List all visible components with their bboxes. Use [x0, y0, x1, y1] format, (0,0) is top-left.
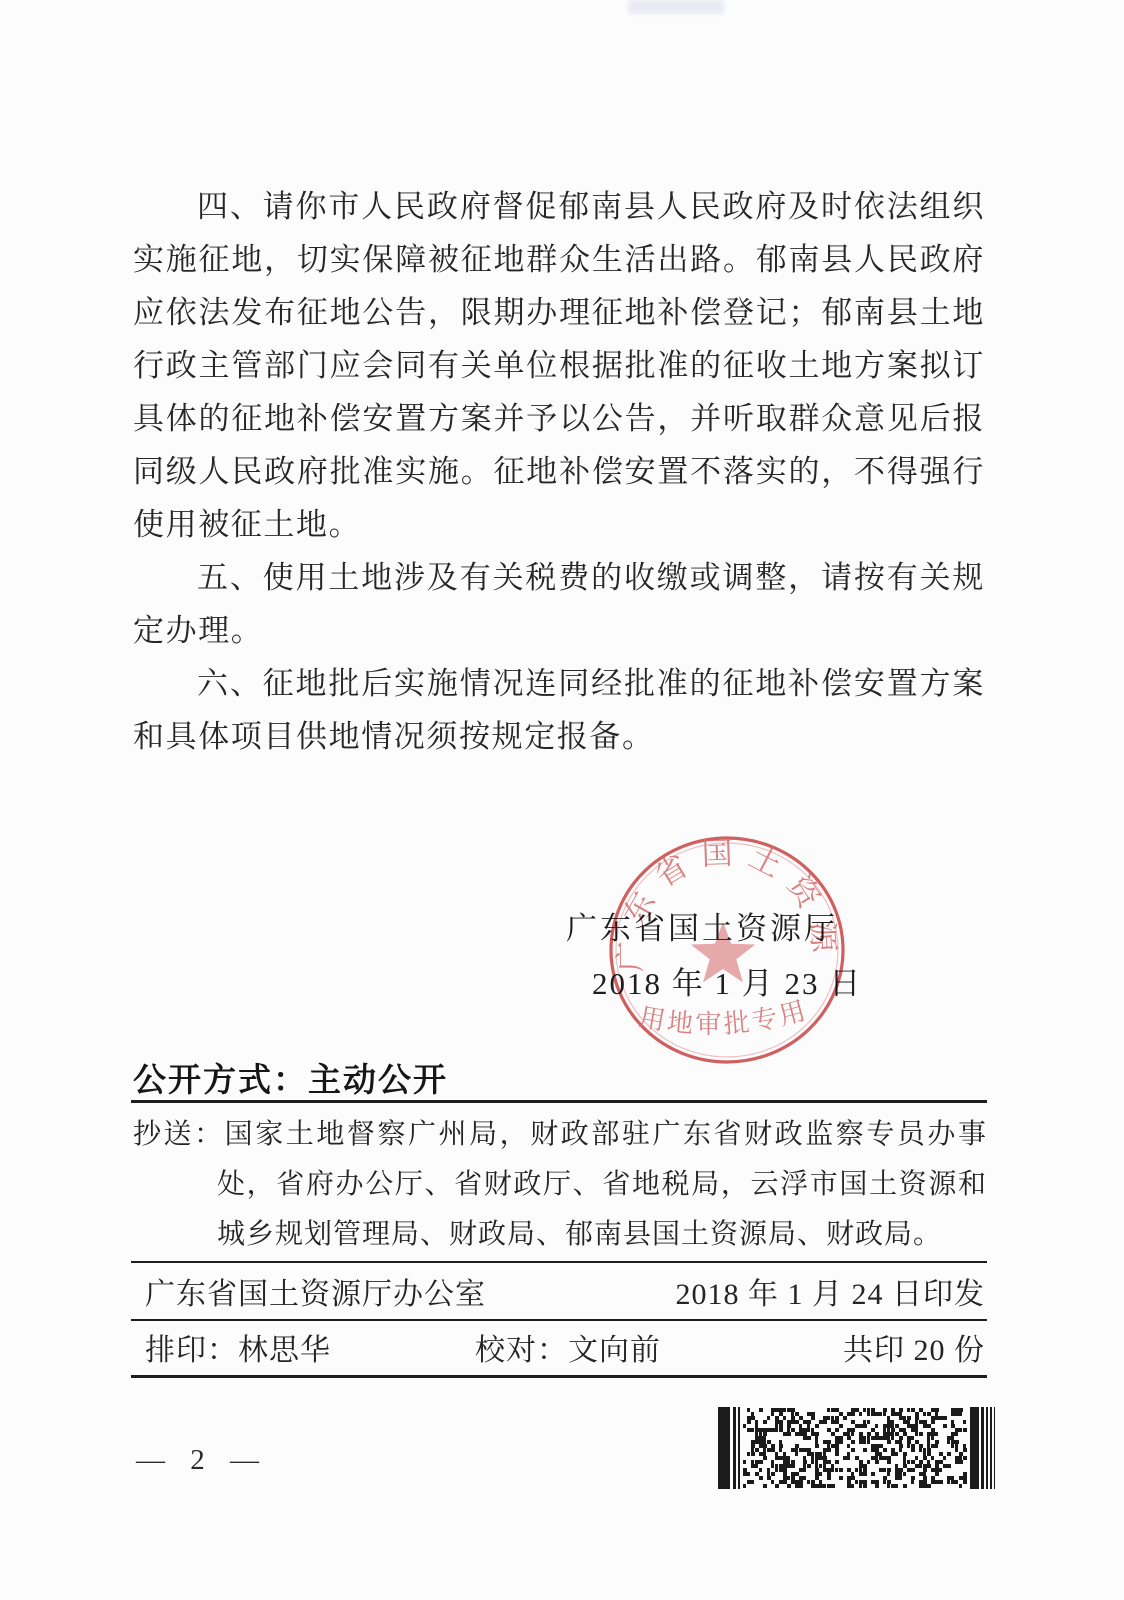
paragraph-item-5: 五、使用土地涉及有关税费的收缴或调整，请按有关规定办理。	[133, 551, 985, 657]
divider	[131, 1100, 987, 1103]
cc-list: 国家土地督察广州局，财政部驻广东省财政监察专员办事处，省府办公厅、省财政厅、省地…	[217, 1119, 987, 1250]
copies-count: 共印 20 份	[843, 1328, 985, 1374]
typesetter-name: 林思华	[238, 1334, 331, 1367]
paragraph-item-4: 四、请你市人民政府督促郁南县人民政府及时依法组织实施征地，切实保障被征地群众生活…	[133, 180, 985, 551]
proofreader-label: 校对：	[475, 1334, 568, 1367]
footer-print-row: 排印：林思华 校对：文向前 共印 20 份	[145, 1328, 985, 1374]
seal-star-icon	[691, 922, 756, 983]
typesetter-label: 排印：	[145, 1334, 238, 1367]
issuing-office: 广东省国土资源厅办公室	[145, 1271, 486, 1319]
paragraph-item-6: 六、征地批后实施情况连同经批准的征地补偿安置方案和具体项目供地情况须按规定报备。	[133, 657, 985, 763]
proofreader-name: 文向前	[568, 1334, 661, 1367]
footer-office-row: 广东省国土资源厅办公室 2018 年 1 月 24 日印发	[145, 1271, 985, 1319]
document-page: 四、请你市人民政府督促郁南县人民政府及时依法组织实施征地，切实保障被征地群众生活…	[0, 0, 1124, 1600]
proofreader-field: 校对：文向前	[475, 1328, 661, 1374]
page-number: — 2 —	[136, 1444, 268, 1477]
divider	[131, 1261, 987, 1263]
cc-label: 抄送：	[133, 1119, 225, 1150]
typesetter-field: 排印：林思华	[145, 1328, 331, 1374]
print-date: 2018 年 1 月 24 日印发	[676, 1271, 986, 1319]
disclosure-method: 公开方式：主动公开	[133, 1054, 448, 1101]
scan-artifact	[628, 0, 724, 14]
cc-section: 抄送：国家土地督察广州局，财政部驻广东省财政监察专员办事处，省府办公厅、省财政厅…	[133, 1110, 987, 1260]
document-body: 四、请你市人民政府督促郁南县人民政府及时依法组织实施征地，切实保障被征地群众生活…	[133, 180, 985, 763]
barcode-icon	[718, 1407, 1000, 1489]
official-seal-icon: 广东省国土资源厅 用地审批专用章	[606, 832, 850, 1068]
divider	[131, 1375, 987, 1378]
divider	[131, 1319, 987, 1321]
